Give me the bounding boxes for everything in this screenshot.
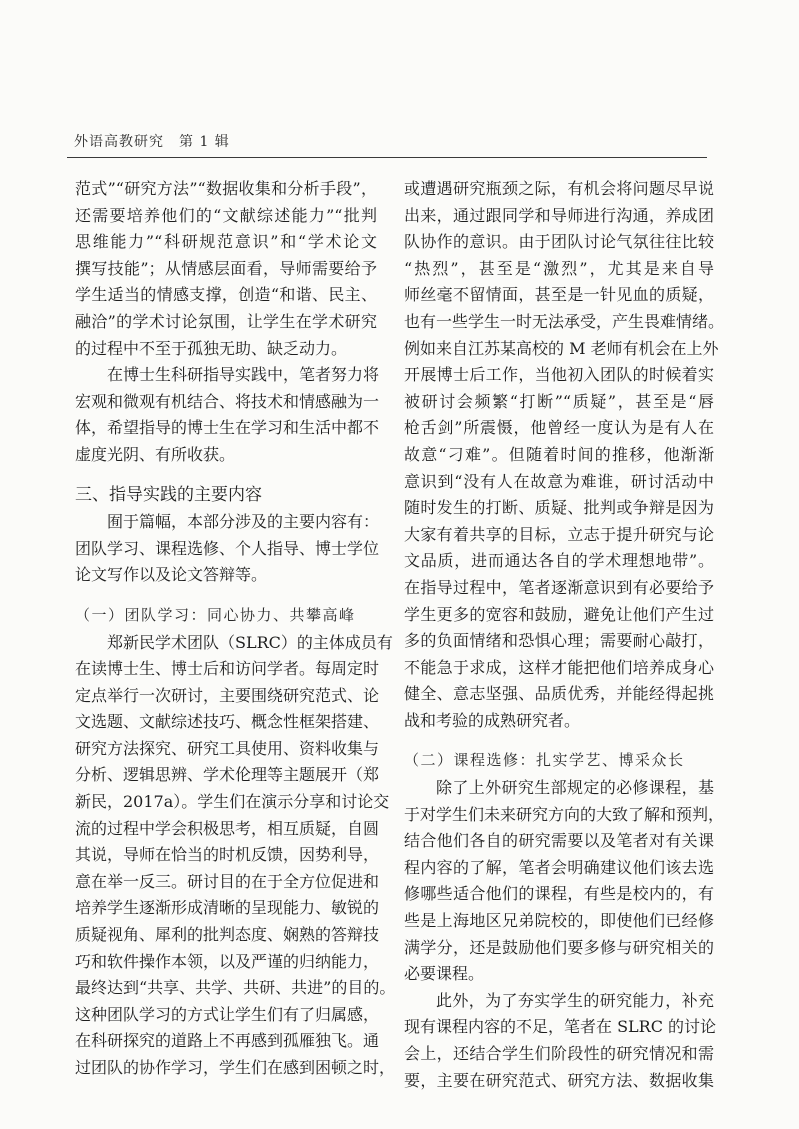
left-column: 范式”“研究方法”“数据收集和分析手段”，还需要培养他们的“文献综述能力”“批判… <box>75 176 377 1082</box>
text-line: 培养学生逐渐形成清晰的呈现能力、敏锐的 <box>75 895 377 922</box>
text-line: 必要课程。 <box>404 961 714 988</box>
text-line: 范式”“研究方法”“数据收集和分析手段”， <box>75 176 377 203</box>
text-line: 开展博士后工作，当他初入团队的时候着实 <box>404 362 714 389</box>
text-line: 融洽”的学术讨论氛围，让学生在学术研究 <box>75 309 377 336</box>
text-line: 战和考验的成熟研究者。 <box>404 708 714 735</box>
text-line: 会上，还结合学生们阶段性的研究情况和需 <box>404 1041 714 1068</box>
paragraph: 或遭遇研究瓶颈之际，有机会将问题尽早说出来，通过跟同学和导师进行沟通，养成团队协… <box>404 176 714 734</box>
text-line: 修哪些适合他们的课程，有些是校内的，有 <box>404 881 714 908</box>
text-line: 郑新民学术团队（SLRC）的主体成员有 <box>75 630 377 657</box>
text-line: 队协作的意识。由于团队讨论气氛往往比较 <box>404 229 714 256</box>
text-line: 文选题、文献综述技巧、概念性框架搭建、 <box>75 709 377 736</box>
text-line: 文品质，进而通达各自的学术理想地带”。 <box>404 548 714 575</box>
paragraph: 在博士生科研指导实践中，笔者努力将宏观和微观有机结合、将技术和情感融为一体，希望… <box>75 362 377 468</box>
text-line: 学生适当的情感支撑，创造“和谐、民主、 <box>75 282 377 309</box>
text-line: 的过程中不至于孤独无助、缺乏动力。 <box>75 336 377 363</box>
text-line: 在指导过程中，笔者逐渐意识到有必要给予 <box>404 575 714 602</box>
text-line: 也有一些学生一时无法承受，产生畏难情绪。 <box>404 309 714 336</box>
text-line: 其说，导师在恰当的时机反馈，因势利导， <box>75 842 377 869</box>
text-line: 于对学生们未来研究方向的大致了解和预判， <box>404 802 714 829</box>
text-line: 结合他们各自的研究需要以及笔者对有关课 <box>404 828 714 855</box>
text-line: 健全、意志坚强、品质优秀，并能经得起挑 <box>404 681 714 708</box>
text-line: 撰写技能”；从情感层面看，导师需要给予 <box>75 256 377 283</box>
text-line: 学生更多的宽容和鼓励，避免让他们产生过 <box>404 602 714 629</box>
text-line: 在科研探究的道路上不再感到孤雁独飞。通 <box>75 1028 377 1055</box>
subsection-heading: （一）团队学习：同心协力、共攀高峰 <box>75 602 377 629</box>
text-line: 随时发生的打断、质疑、批判或争辩是因为 <box>404 495 714 522</box>
text-line: 枪舌剑”所震慑，他曾经一度认为是有人在 <box>404 415 714 442</box>
text-line: 巧和软件操作本领，以及严谨的归纳能力， <box>75 949 377 976</box>
text-line: 被研讨会频繁“打断”“质疑”，甚至是“唇 <box>404 389 714 416</box>
text-line: 除了上外研究生部规定的必修课程，基 <box>404 775 714 802</box>
header-rule <box>67 157 707 158</box>
right-column: 或遭遇研究瓶颈之际，有机会将问题尽早说出来，通过跟同学和导师进行沟通，养成团队协… <box>404 176 714 1094</box>
text-line: 论文写作以及论文答辩等。 <box>75 562 377 589</box>
text-line: 分析、逻辑思辨、学术伦理等主题展开（郑 <box>75 762 377 789</box>
text-line: 此外，为了夯实学生的研究能力，补充 <box>404 988 714 1015</box>
text-line: 还需要培养他们的“文献综述能力”“批判 <box>75 203 377 230</box>
text-line: 体，希望指导的博士生在学习和生活中都不 <box>75 415 377 442</box>
text-line: 质疑视角、犀利的批判态度、娴熟的答辩技 <box>75 922 377 949</box>
text-line: 不能急于求成，这样才能把他们培养成身心 <box>404 655 714 682</box>
text-line: 或遭遇研究瓶颈之际，有机会将问题尽早说 <box>404 176 714 203</box>
text-line: 新民，2017a）。学生们在演示分享和讨论交 <box>75 789 377 816</box>
subsection-heading: （二）课程选修：扎实学艺、博采众长 <box>404 747 714 774</box>
text-line: 流的过程中学会积极思考，相互质疑，自圆 <box>75 816 377 843</box>
running-head: 外语高教研究 第 1 辑 <box>74 131 230 151</box>
text-line: 宏观和微观有机结合、将技术和情感融为一 <box>75 389 377 416</box>
text-line: 些是上海地区兄弟院校的，即使他们已经修 <box>404 908 714 935</box>
text-line: 要，主要在研究范式、研究方法、数据收集 <box>404 1068 714 1095</box>
text-line: 意在举一反三。研讨目的在于全方位促进和 <box>75 869 377 896</box>
text-line: 师丝毫不留情面，甚至是一针见血的质疑， <box>404 282 714 309</box>
text-line: 过团队的协作学习，学生们在感到困顿之时， <box>75 1055 377 1082</box>
text-line: 虚度光阴、有所收获。 <box>75 442 377 469</box>
text-line: 程内容的了解，笔者会明确建议他们该去选 <box>404 855 714 882</box>
text-line: 出来，通过跟同学和导师进行沟通，养成团 <box>404 203 714 230</box>
text-line: 例如来自江苏某高校的 M 老师有机会在上外 <box>404 336 714 363</box>
text-line: 定点举行一次研讨，主要围绕研究范式、论 <box>75 683 377 710</box>
text-line: 最终达到“共享、共学、共研、共进”的目的。 <box>75 975 377 1002</box>
paragraph: 郑新民学术团队（SLRC）的主体成员有在读博士生、博士后和访问学者。每周定时定点… <box>75 630 377 1082</box>
text-line: 满学分，还是鼓励他们要多修与研究相关的 <box>404 935 714 962</box>
paragraph: 除了上外研究生部规定的必修课程，基于对学生们未来研究方向的大致了解和预判，结合他… <box>404 775 714 988</box>
text-line: 研究方法探究、研究工具使用、资料收集与 <box>75 736 377 763</box>
section-heading: 三、指导实践的主要内容 <box>75 482 377 509</box>
text-line: 在博士生科研指导实践中，笔者努力将 <box>75 362 377 389</box>
paragraph: 范式”“研究方法”“数据收集和分析手段”，还需要培养他们的“文献综述能力”“批判… <box>75 176 377 362</box>
text-line: “热烈”，甚至是“激烈”，尤其是来自导 <box>404 256 714 283</box>
paragraph: 此外，为了夯实学生的研究能力，补充现有课程内容的不足，笔者在 SLRC 的讨论会… <box>404 988 714 1094</box>
text-line: 团队学习、课程选修、个人指导、博士学位 <box>75 536 377 563</box>
text-line: 故意“刁难”。但随着时间的推移，他渐渐 <box>404 442 714 469</box>
text-line: 囿于篇幅，本部分涉及的主要内容有： <box>75 509 377 536</box>
text-line: 大家有着共享的目标，立志于提升研究与论 <box>404 522 714 549</box>
text-line: 多的负面情绪和恐惧心理；需要耐心敲打， <box>404 628 714 655</box>
paragraph: 囿于篇幅，本部分涉及的主要内容有：团队学习、课程选修、个人指导、博士学位论文写作… <box>75 509 377 589</box>
text-line: 在读博士生、博士后和访问学者。每周定时 <box>75 656 377 683</box>
text-line: 意识到“没有人在故意为难谁，研讨活动中 <box>404 469 714 496</box>
text-line: 现有课程内容的不足，笔者在 SLRC 的讨论 <box>404 1014 714 1041</box>
text-line: 思维能力”“科研规范意识”和“学术论文 <box>75 229 377 256</box>
text-line: 这种团队学习的方式让学生们有了归属感， <box>75 1002 377 1029</box>
